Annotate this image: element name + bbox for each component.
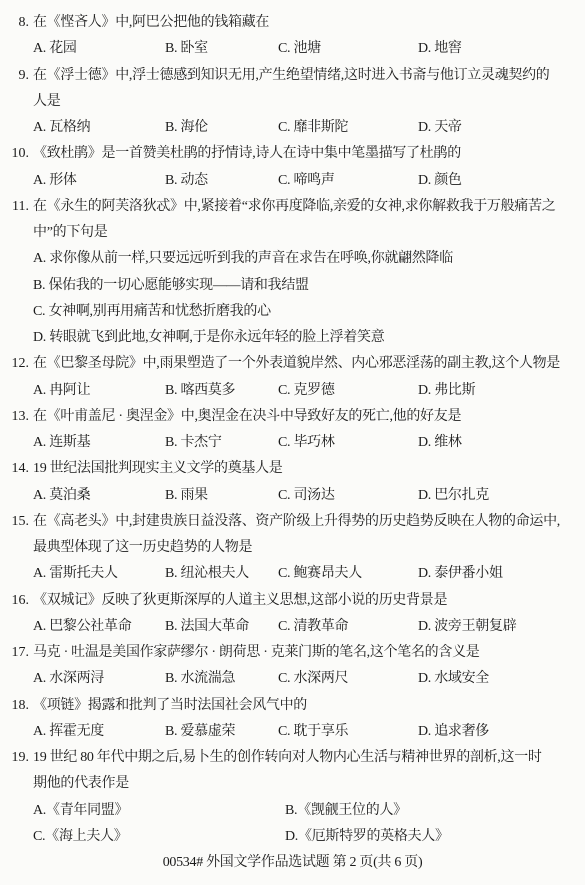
question-9: 9. 在《浮士德》中,浮士德感到知识无用,产生绝望情绪,这时进入书斋与他订立灵魂… — [0, 63, 585, 142]
option-d: D. 地窖 — [418, 36, 585, 62]
option-a: A. 水深两浔 — [33, 666, 165, 692]
option-b: B. 水流湍急 — [165, 666, 278, 692]
page-footer: 00534# 外国文学作品选试题 第 2 页(共 6 页) — [0, 850, 585, 876]
question-stem-line: 在《浮士德》中,浮士德感到知识无用,产生绝望情绪,这时进入书斋与他订立灵魂契约的 — [33, 63, 585, 89]
option-b: B. 纽沁根夫人 — [165, 561, 278, 587]
option-d: D. 波旁王朝复辟 — [418, 614, 585, 640]
question-number: 12. — [0, 351, 29, 377]
option-d: D. 巴尔扎克 — [418, 483, 585, 509]
question-11: 11. 在《永生的阿芙洛狄忒》中,紧接着“求你再度降临,亲爱的女神,求你解救我于… — [0, 194, 585, 352]
option-c: C. 毕巧林 — [278, 430, 418, 456]
options-row: A. 瓦格纳 B. 海伦 C. 靡非斯陀 D. 天帝 — [33, 115, 585, 141]
option-d: D. 水域安全 — [418, 666, 585, 692]
option-b: B. 卧室 — [165, 36, 278, 62]
question-stem-line: 中”的下句是 — [33, 220, 585, 246]
options-row: A. 形体 B. 动态 C. 啼鸣声 D. 颜色 — [33, 168, 585, 194]
option-a: A. 挥霍无度 — [33, 719, 165, 745]
option-a: A. 瓦格纳 — [33, 115, 165, 141]
option-b: B. 保佑我的一切心愿能够实现——请和我结盟 — [33, 273, 585, 299]
question-number: 17. — [0, 640, 29, 666]
option-b: B. 卡杰宁 — [165, 430, 278, 456]
question-17: 17. 马克 · 吐温是美国作家萨缪尔 · 朗荷思 · 克莱门斯的笔名,这个笔名… — [0, 640, 585, 693]
question-13: 13. 在《叶甫盖尼 · 奥涅金》中,奥涅金在决斗中导致好友的死亡,他的好友是 … — [0, 404, 585, 457]
question-number: 19. — [0, 745, 29, 771]
question-number: 11. — [0, 194, 29, 220]
question-stem-line: 19 世纪法国批判现实主义文学的奠基人是 — [33, 456, 585, 482]
question-number: 13. — [0, 404, 29, 430]
options-row: A. 连斯基 B. 卡杰宁 C. 毕巧林 D. 维林 — [33, 430, 585, 456]
option-a: A. 形体 — [33, 168, 165, 194]
question-18: 18. 《项链》揭露和批判了当时法国社会风气中的 A. 挥霍无度 B. 爱慕虚荣… — [0, 693, 585, 746]
question-number: 8. — [0, 10, 29, 36]
option-b: B. 法国大革命 — [165, 614, 278, 640]
option-c: C. 水深两尺 — [278, 666, 418, 692]
question-number: 18. — [0, 693, 29, 719]
options-row: A. 挥霍无度 B. 爱慕虚荣 C. 耽于享乐 D. 追求奢侈 — [33, 719, 585, 745]
options-row: A. 巴黎公社革命 B. 法国大革命 C. 清教革命 D. 波旁王朝复辟 — [33, 614, 585, 640]
options-row: A. 水深两浔 B. 水流湍急 C. 水深两尺 D. 水域安全 — [33, 666, 585, 692]
option-c: C. 啼鸣声 — [278, 168, 418, 194]
question-stem-line: 在《叶甫盖尼 · 奥涅金》中,奥涅金在决斗中导致好友的死亡,他的好友是 — [33, 404, 585, 430]
question-10: 10. 《致杜鹃》是一首赞美杜鹃的抒情诗,诗人在诗中集中笔墨描写了杜鹃的 A. … — [0, 141, 585, 194]
option-d: D. 维林 — [418, 430, 585, 456]
option-b: B. 海伦 — [165, 115, 278, 141]
question-16: 16. 《双城记》反映了狄更斯深厚的人道主义思想,这部小说的历史背景是 A. 巴… — [0, 588, 585, 641]
question-19: 19. 19 世纪 80 年代中期之后,易卜生的创作转向对人物内心生活与精神世界… — [0, 745, 585, 850]
question-stem-line: 最典型体现了这一历史趋势的人物是 — [33, 535, 585, 561]
question-number: 9. — [0, 63, 29, 89]
option-d: D. 泰伊番小姐 — [418, 561, 585, 587]
option-a: A. 求你像从前一样,只要远远听到我的声音在求告在呼唤,你就翩然降临 — [33, 246, 585, 272]
question-number: 15. — [0, 509, 29, 535]
option-c: C.《海上夫人》 — [33, 824, 285, 850]
options-row: A. 雷斯托夫人 B. 纽沁根夫人 C. 鲍赛昂夫人 D. 泰伊番小姐 — [33, 561, 585, 587]
option-a: A. 连斯基 — [33, 430, 165, 456]
option-d: D. 天帝 — [418, 115, 585, 141]
option-c: C. 清教革命 — [278, 614, 418, 640]
option-a: A. 雷斯托夫人 — [33, 561, 165, 587]
option-d: D. 追求奢侈 — [418, 719, 585, 745]
question-stem-line: 在《悭吝人》中,阿巴公把他的钱箱藏在 — [33, 10, 585, 36]
option-a: A. 巴黎公社革命 — [33, 614, 165, 640]
option-c: C. 靡非斯陀 — [278, 115, 418, 141]
option-a: A. 冉阿让 — [33, 378, 165, 404]
question-stem-line: 《致杜鹃》是一首赞美杜鹃的抒情诗,诗人在诗中集中笔墨描写了杜鹃的 — [33, 141, 585, 167]
option-a: A. 花园 — [33, 36, 165, 62]
question-number: 10. — [0, 141, 29, 167]
question-15: 15. 在《高老头》中,封建贵族日益没落、资产阶级上升得势的历史趋势反映在人物的… — [0, 509, 585, 588]
question-number: 16. — [0, 588, 29, 614]
options-row: C.《海上夫人》 D.《厄斯特罗的英格夫人》 — [33, 824, 585, 850]
option-a: A. 莫泊桑 — [33, 483, 165, 509]
question-stem-line: 人是 — [33, 89, 585, 115]
option-c: C. 鲍赛昂夫人 — [278, 561, 418, 587]
question-stem-line: 期他的代表作是 — [33, 771, 585, 797]
option-a: A.《青年同盟》 — [33, 798, 285, 824]
question-stem-line: 在《高老头》中,封建贵族日益没落、资产阶级上升得势的历史趋势反映在人物的命运中, — [33, 509, 585, 535]
option-c: C. 克罗德 — [278, 378, 418, 404]
option-c: C. 池塘 — [278, 36, 418, 62]
option-c: C. 司汤达 — [278, 483, 418, 509]
question-stem-line: 《项链》揭露和批判了当时法国社会风气中的 — [33, 693, 585, 719]
options-row: A. 冉阿让 B. 喀西莫多 C. 克罗德 D. 弗比斯 — [33, 378, 585, 404]
option-b: B.《觊觎王位的人》 — [285, 798, 585, 824]
options-row: A. 莫泊桑 B. 雨果 C. 司汤达 D. 巴尔扎克 — [33, 483, 585, 509]
question-12: 12. 在《巴黎圣母院》中,雨果塑造了一个外表道貌岸然、内心邪恶淫荡的副主教,这… — [0, 351, 585, 404]
option-c: C. 女神啊,别再用痛苦和忧愁折磨我的心 — [33, 299, 585, 325]
option-d: D. 颜色 — [418, 168, 585, 194]
option-d: D. 转眼就飞到此地,女神啊,于是你永远年轻的脸上浮着笑意 — [33, 325, 585, 351]
option-b: B. 爱慕虚荣 — [165, 719, 278, 745]
question-number: 14. — [0, 456, 29, 482]
question-stem-line: 在《永生的阿芙洛狄忒》中,紧接着“求你再度降临,亲爱的女神,求你解救我于万般痛苦… — [33, 194, 585, 220]
question-stem-line: 马克 · 吐温是美国作家萨缪尔 · 朗荷思 · 克莱门斯的笔名,这个笔名的含义是 — [33, 640, 585, 666]
exam-page: 8. 在《悭吝人》中,阿巴公把他的钱箱藏在 A. 花园 B. 卧室 C. 池塘 … — [0, 0, 585, 885]
option-b: B. 动态 — [165, 168, 278, 194]
question-8: 8. 在《悭吝人》中,阿巴公把他的钱箱藏在 A. 花园 B. 卧室 C. 池塘 … — [0, 10, 585, 63]
option-d: D.《厄斯特罗的英格夫人》 — [285, 824, 585, 850]
question-stem-line: 《双城记》反映了狄更斯深厚的人道主义思想,这部小说的历史背景是 — [33, 588, 585, 614]
option-d: D. 弗比斯 — [418, 378, 585, 404]
option-b: B. 喀西莫多 — [165, 378, 278, 404]
option-b: B. 雨果 — [165, 483, 278, 509]
options-row: A. 花园 B. 卧室 C. 池塘 D. 地窖 — [33, 36, 585, 62]
question-stem-line: 19 世纪 80 年代中期之后,易卜生的创作转向对人物内心生活与精神世界的剖析,… — [33, 745, 585, 771]
option-c: C. 耽于享乐 — [278, 719, 418, 745]
options-row: A.《青年同盟》 B.《觊觎王位的人》 — [33, 798, 585, 824]
question-stem-line: 在《巴黎圣母院》中,雨果塑造了一个外表道貌岸然、内心邪恶淫荡的副主教,这个人物是 — [33, 351, 585, 377]
question-14: 14. 19 世纪法国批判现实主义文学的奠基人是 A. 莫泊桑 B. 雨果 C.… — [0, 456, 585, 509]
